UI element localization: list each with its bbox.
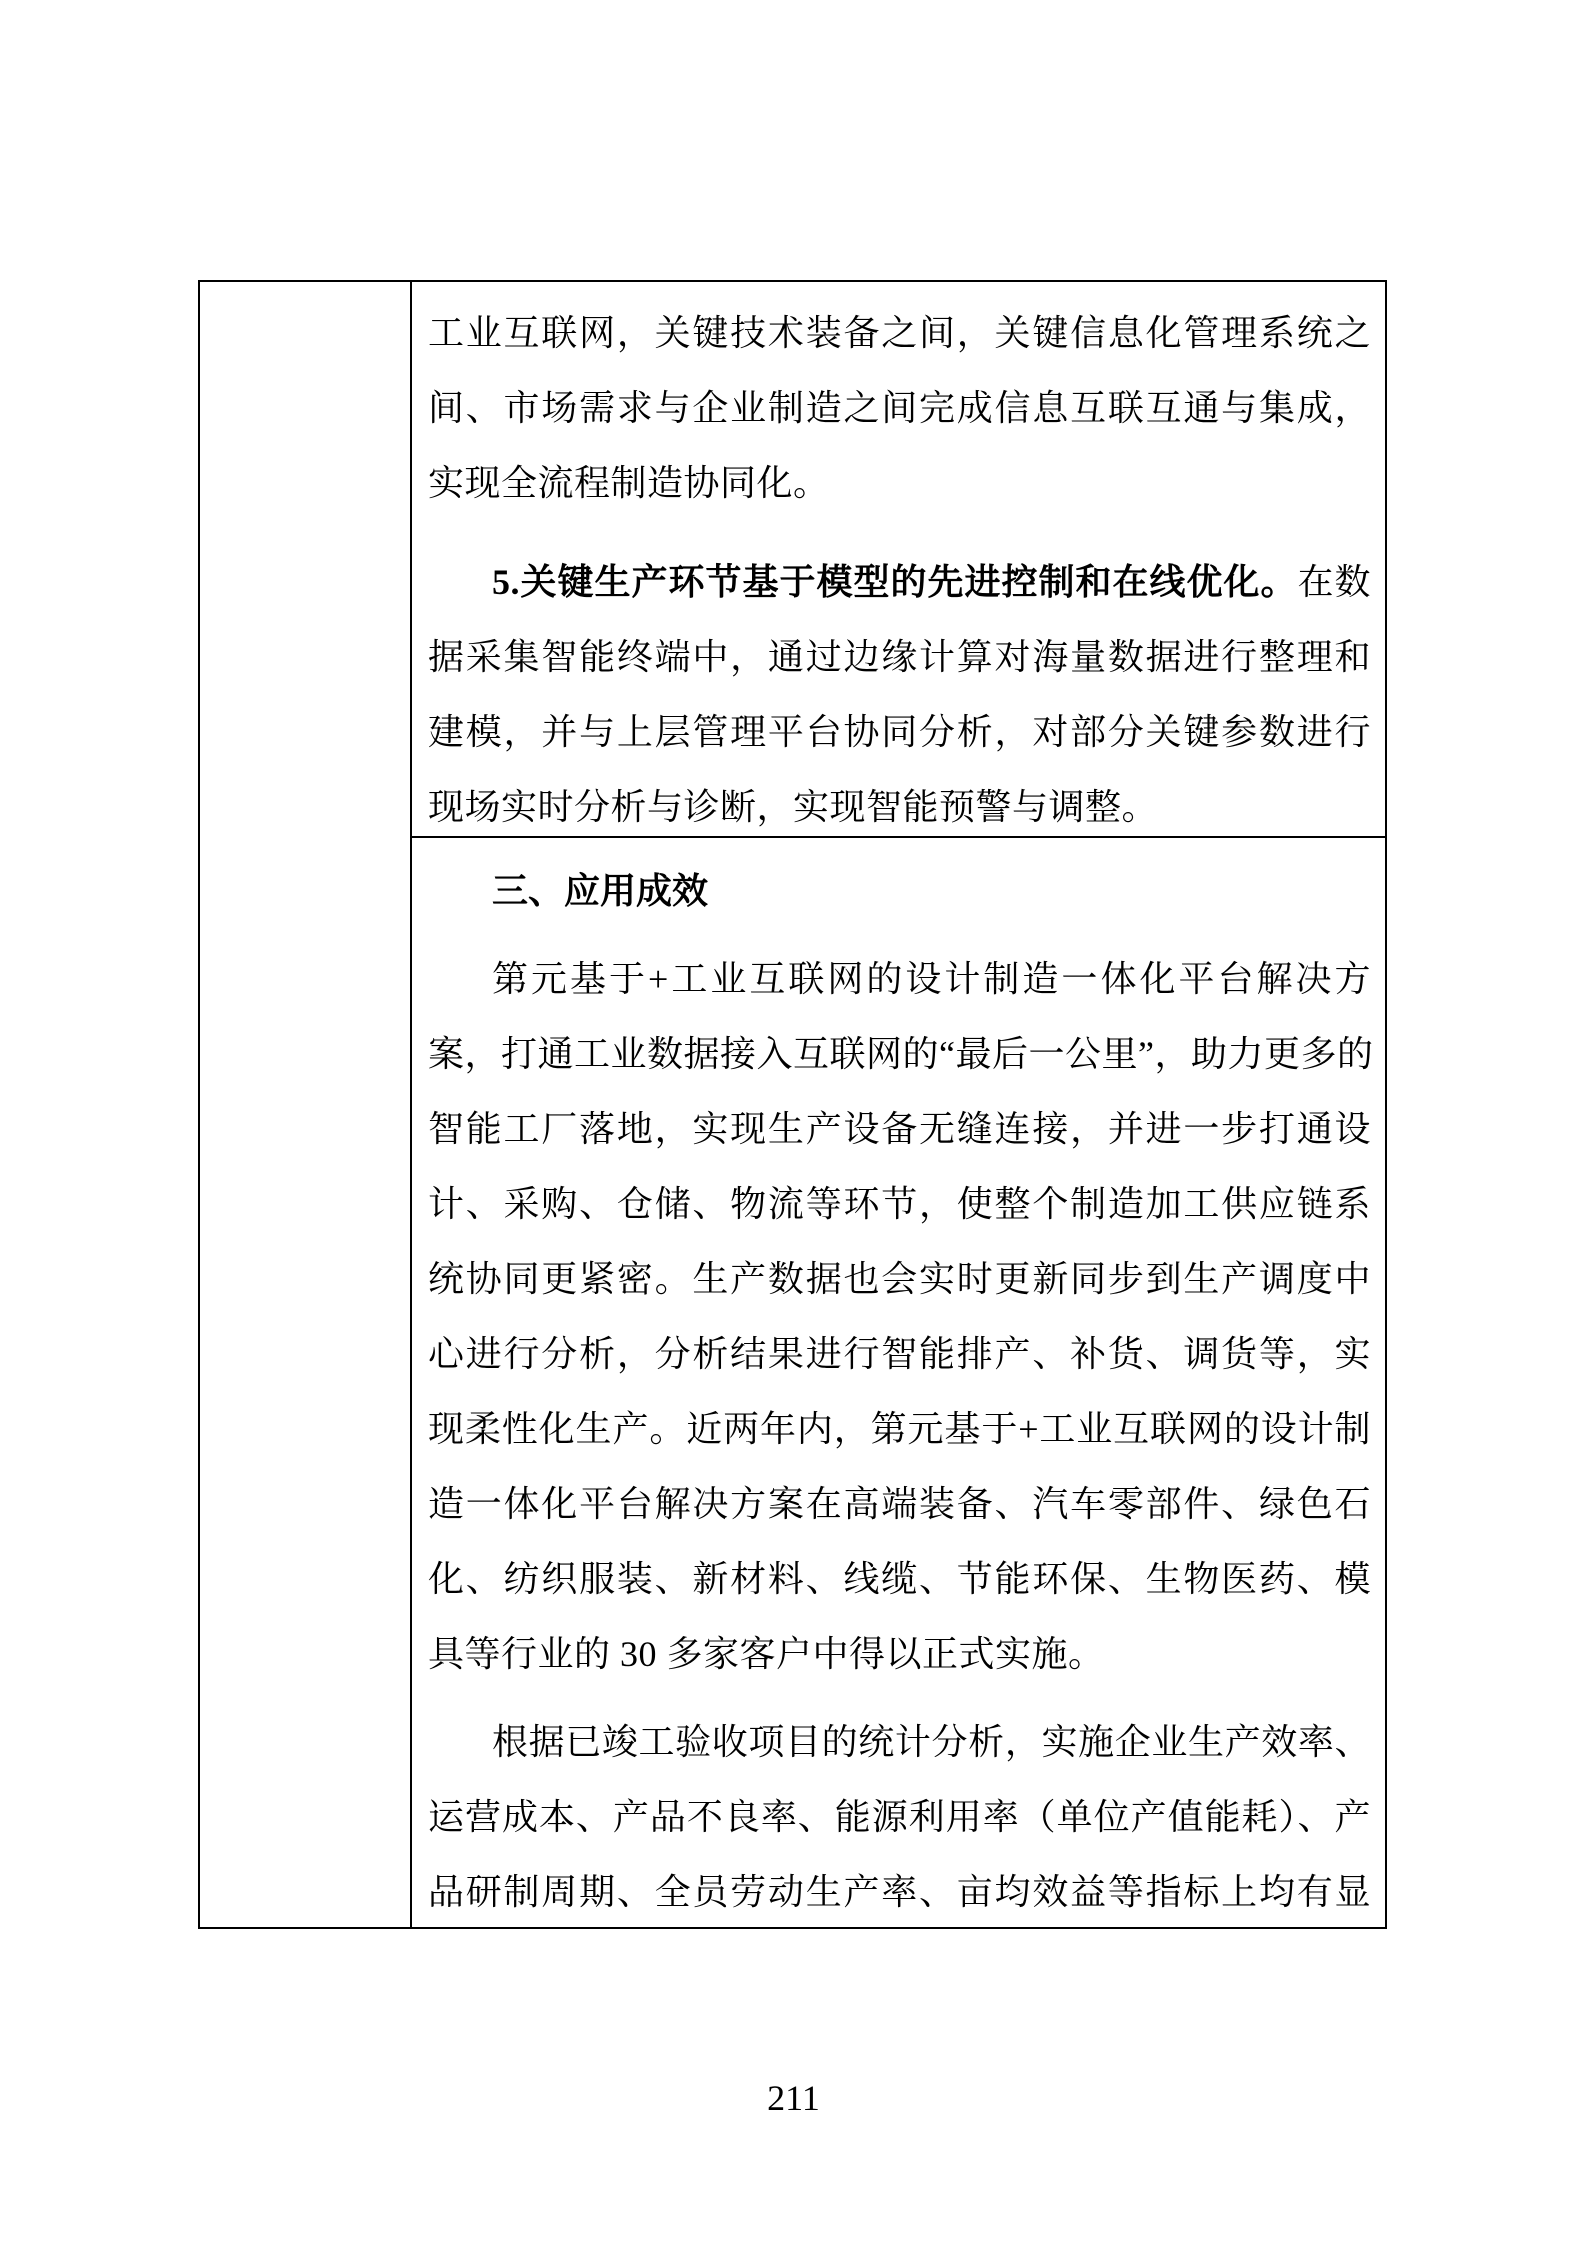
text-line: 化、纺织服装、新材料、线缆、节能环保、生物医药、模 (428, 1542, 1371, 1617)
paragraph-item5: 5.关键生产环节基于模型的先进控制和在线优化。在数 据采集智能终端中，通过边缘计… (428, 545, 1371, 838)
text-line: 智能工厂落地，实现生产设备无缝连接，并进一步打通设 (428, 1092, 1371, 1167)
table-cell-top: 工业互联网，关键技术装备之间，关键信息化管理系统之间、市场需求与企业制造之间完成… (412, 282, 1385, 838)
text-line: 据采集智能终端中，通过边缘计算对海量数据进行整理和 (428, 620, 1371, 695)
table-left-empty-cell (200, 282, 412, 1927)
table-content-column: 工业互联网，关键技术装备之间，关键信息化管理系统之间、市场需求与企业制造之间完成… (412, 282, 1385, 1927)
text-line: 根据已竣工验收项目的统计分析，实施企业生产效率、 (428, 1705, 1371, 1780)
text-line: 案，打通工业数据接入互联网的“最后一公里”，助力更多的 (428, 1017, 1371, 1092)
paragraph-continuation: 工业互联网，关键技术装备之间，关键信息化管理系统之间、市场需求与企业制造之间完成… (428, 296, 1371, 521)
text-line: 实现全流程制造协同化。 (428, 446, 1371, 521)
text-line: 工业互联网，关键技术装备之间，关键信息化管理系统之 (428, 296, 1371, 371)
table-cell-bottom: 三、应用成效 第元基于+工业互联网的设计制造一体化平台解决方案，打通工业数据接入… (412, 838, 1385, 1927)
text-line: 建模，并与上层管理平台协同分析，对部分关键参数进行 (428, 695, 1371, 770)
item5-lead-rest: 在数 (1297, 562, 1371, 602)
text-line: 现柔性化生产。近两年内，第元基于+工业互联网的设计制 (428, 1392, 1371, 1467)
paragraph-application-results: 第元基于+工业互联网的设计制造一体化平台解决方案，打通工业数据接入互联网的“最后… (428, 942, 1371, 1692)
text-line: 心进行分析，分析结果进行智能排产、补货、调货等，实 (428, 1317, 1371, 1392)
text-line: 品研制周期、全员劳动生产率、亩均效益等指标上均有显 (428, 1855, 1371, 1927)
text-line: 计、采购、仓储、物流等环节，使整个制造加工供应链系 (428, 1167, 1371, 1242)
text-line: 第元基于+工业互联网的设计制造一体化平台解决方 (428, 942, 1371, 1017)
text-line: 5.关键生产环节基于模型的先进控制和在线优化。在数 (428, 545, 1371, 620)
text-line: 统协同更紧密。生产数据也会实时更新同步到生产调度中 (428, 1242, 1371, 1317)
item5-bold-lead: 5.关键生产环节基于模型的先进控制和在线优化。 (492, 562, 1297, 602)
page-number: 211 (0, 2078, 1587, 2118)
text-line: 具等行业的 30 多家客户中得以正式实施。 (428, 1617, 1371, 1692)
paragraph-statistics: 根据已竣工验收项目的统计分析，实施企业生产效率、运营成本、产品不良率、能源利用率… (428, 1705, 1371, 1927)
document-table: 工业互联网，关键技术装备之间，关键信息化管理系统之间、市场需求与企业制造之间完成… (198, 280, 1387, 1929)
text-line: 运营成本、产品不良率、能源利用率（单位产值能耗）、产 (428, 1780, 1371, 1855)
text-line: 现场实时分析与诊断，实现智能预警与调整。 (428, 770, 1371, 838)
text-line: 间、市场需求与企业制造之间完成信息互联互通与集成， (428, 371, 1371, 446)
document-page: 工业互联网，关键技术装备之间，关键信息化管理系统之间、市场需求与企业制造之间完成… (0, 0, 1587, 2245)
section-heading: 三、应用成效 (428, 854, 1371, 929)
text-line: 造一体化平台解决方案在高端装备、汽车零部件、绿色石 (428, 1467, 1371, 1542)
